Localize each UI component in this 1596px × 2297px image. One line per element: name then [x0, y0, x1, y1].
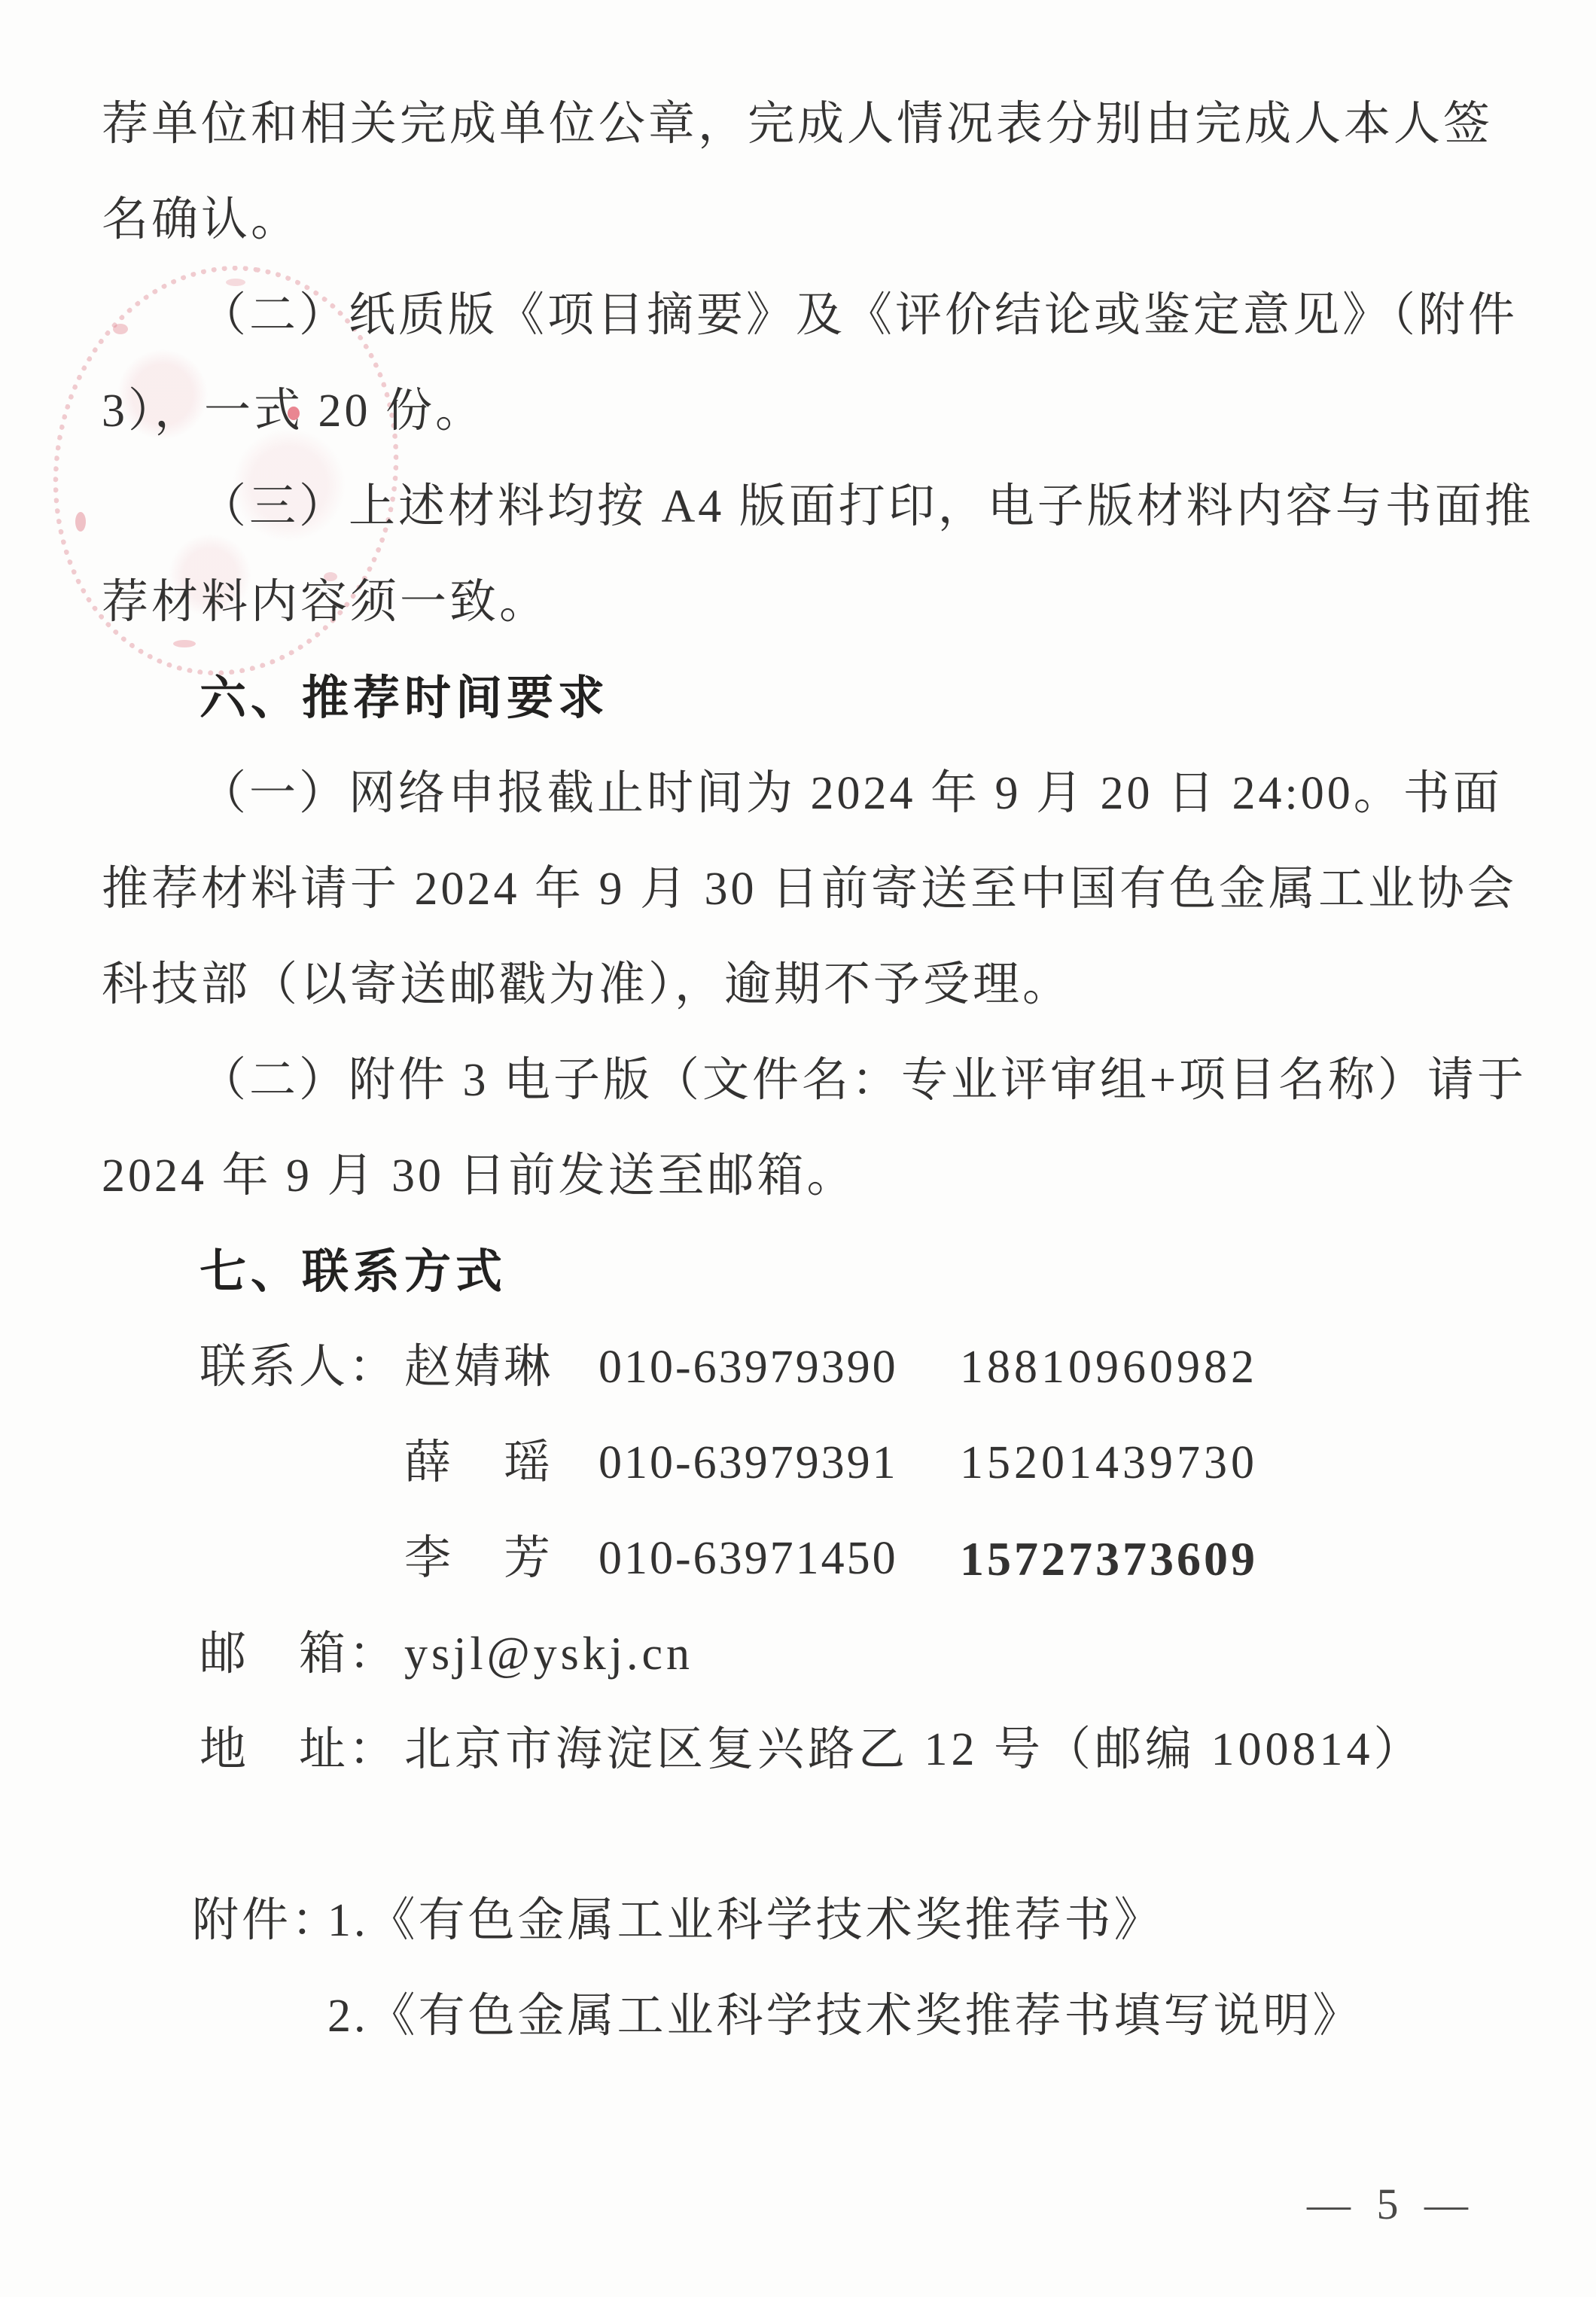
contact-label-empty: [200, 1415, 404, 1511]
document-page: 荐单位和相关完成单位公章，完成人情况表分别由完成人本人签 名确认。 （二）纸质版…: [0, 0, 1596, 2297]
contact-row: 联系人： 赵婧琳 010-63979390 18810960982: [102, 1320, 1512, 1415]
page-number: — 5 —: [102, 2156, 1512, 2252]
contact-name: 李 芳: [404, 1511, 598, 1607]
contact-mobile: 15201439730: [960, 1415, 1258, 1511]
address-label: 地 址：: [200, 1702, 404, 1798]
email-value: ysjl@yskj.cn: [404, 1607, 693, 1702]
paragraph-line: （一）网络申报截止时间为 2024 年 9 月 20 日 24:00。书面: [102, 746, 1512, 842]
address-row: 地 址： 北京市海淀区复兴路乙 12 号（邮编 100814）: [102, 1702, 1512, 1798]
section-heading-six: 六、推荐时间要求: [102, 650, 1512, 746]
paragraph-line: 名确认。: [102, 172, 1512, 268]
attachment-item: 1.《有色金属工业科学技术奖推荐书》: [327, 1873, 1164, 1969]
section-heading-seven: 七、联系方式: [102, 1224, 1512, 1320]
paragraph-line: （二）纸质版《项目摘要》及《评价结论或鉴定意见》（附件: [102, 268, 1512, 364]
contact-phone: 010-63979390: [598, 1320, 960, 1415]
attachment-row: 2.《有色金属工业科学技术奖推荐书填写说明》: [102, 1969, 1512, 2064]
contact-phone: 010-63971450: [598, 1511, 960, 1607]
paragraph-line: 推荐材料请于 2024 年 9 月 30 日前寄送至中国有色金属工业协会: [102, 842, 1512, 937]
attachments-label: 附件：: [192, 1873, 327, 1969]
contact-name: 赵婧琳: [404, 1320, 598, 1415]
vertical-spacer: [102, 2064, 1512, 2156]
paragraph-line: 荐材料内容须一致。: [102, 555, 1512, 650]
contact-mobile: 18810960982: [960, 1320, 1258, 1415]
contact-label-empty: [200, 1511, 404, 1607]
contact-name: 薛 瑶: [404, 1415, 598, 1511]
paragraph-line: （三）上述材料均按 A4 版面打印，电子版材料内容与书面推: [102, 459, 1512, 555]
paragraph-line: 科技部（以寄送邮戳为准），逾期不予受理。: [102, 937, 1512, 1033]
email-label: 邮 箱：: [200, 1607, 404, 1702]
contact-mobile: 15727373609: [960, 1511, 1258, 1607]
attachment-label-spacer: [192, 1969, 327, 2064]
attachment-item: 2.《有色金属工业科学技术奖推荐书填写说明》: [327, 1969, 1363, 2064]
paragraph-line: 3），一式 20 份。: [102, 364, 1512, 459]
contact-row: 薛 瑶 010-63979391 15201439730: [102, 1415, 1512, 1511]
vertical-spacer: [102, 1798, 1512, 1873]
contact-row: 李 芳 010-63971450 15727373609: [102, 1511, 1512, 1607]
email-row: 邮 箱： ysjl@yskj.cn: [102, 1607, 1512, 1702]
paragraph-line: （二）附件 3 电子版（文件名：专业评审组+项目名称）请于: [102, 1033, 1512, 1129]
document-body: 荐单位和相关完成单位公章，完成人情况表分别由完成人本人签 名确认。 （二）纸质版…: [0, 0, 1596, 2252]
contact-phone: 010-63979391: [598, 1415, 960, 1511]
paragraph-line: 荐单位和相关完成单位公章，完成人情况表分别由完成人本人签: [102, 77, 1512, 172]
attachment-row: 附件： 1.《有色金属工业科学技术奖推荐书》: [102, 1873, 1512, 1969]
paragraph-line: 2024 年 9 月 30 日前发送至邮箱。: [102, 1129, 1512, 1224]
contact-label: 联系人：: [200, 1320, 404, 1415]
address-value: 北京市海淀区复兴路乙 12 号（邮编 100814）: [404, 1702, 1424, 1798]
